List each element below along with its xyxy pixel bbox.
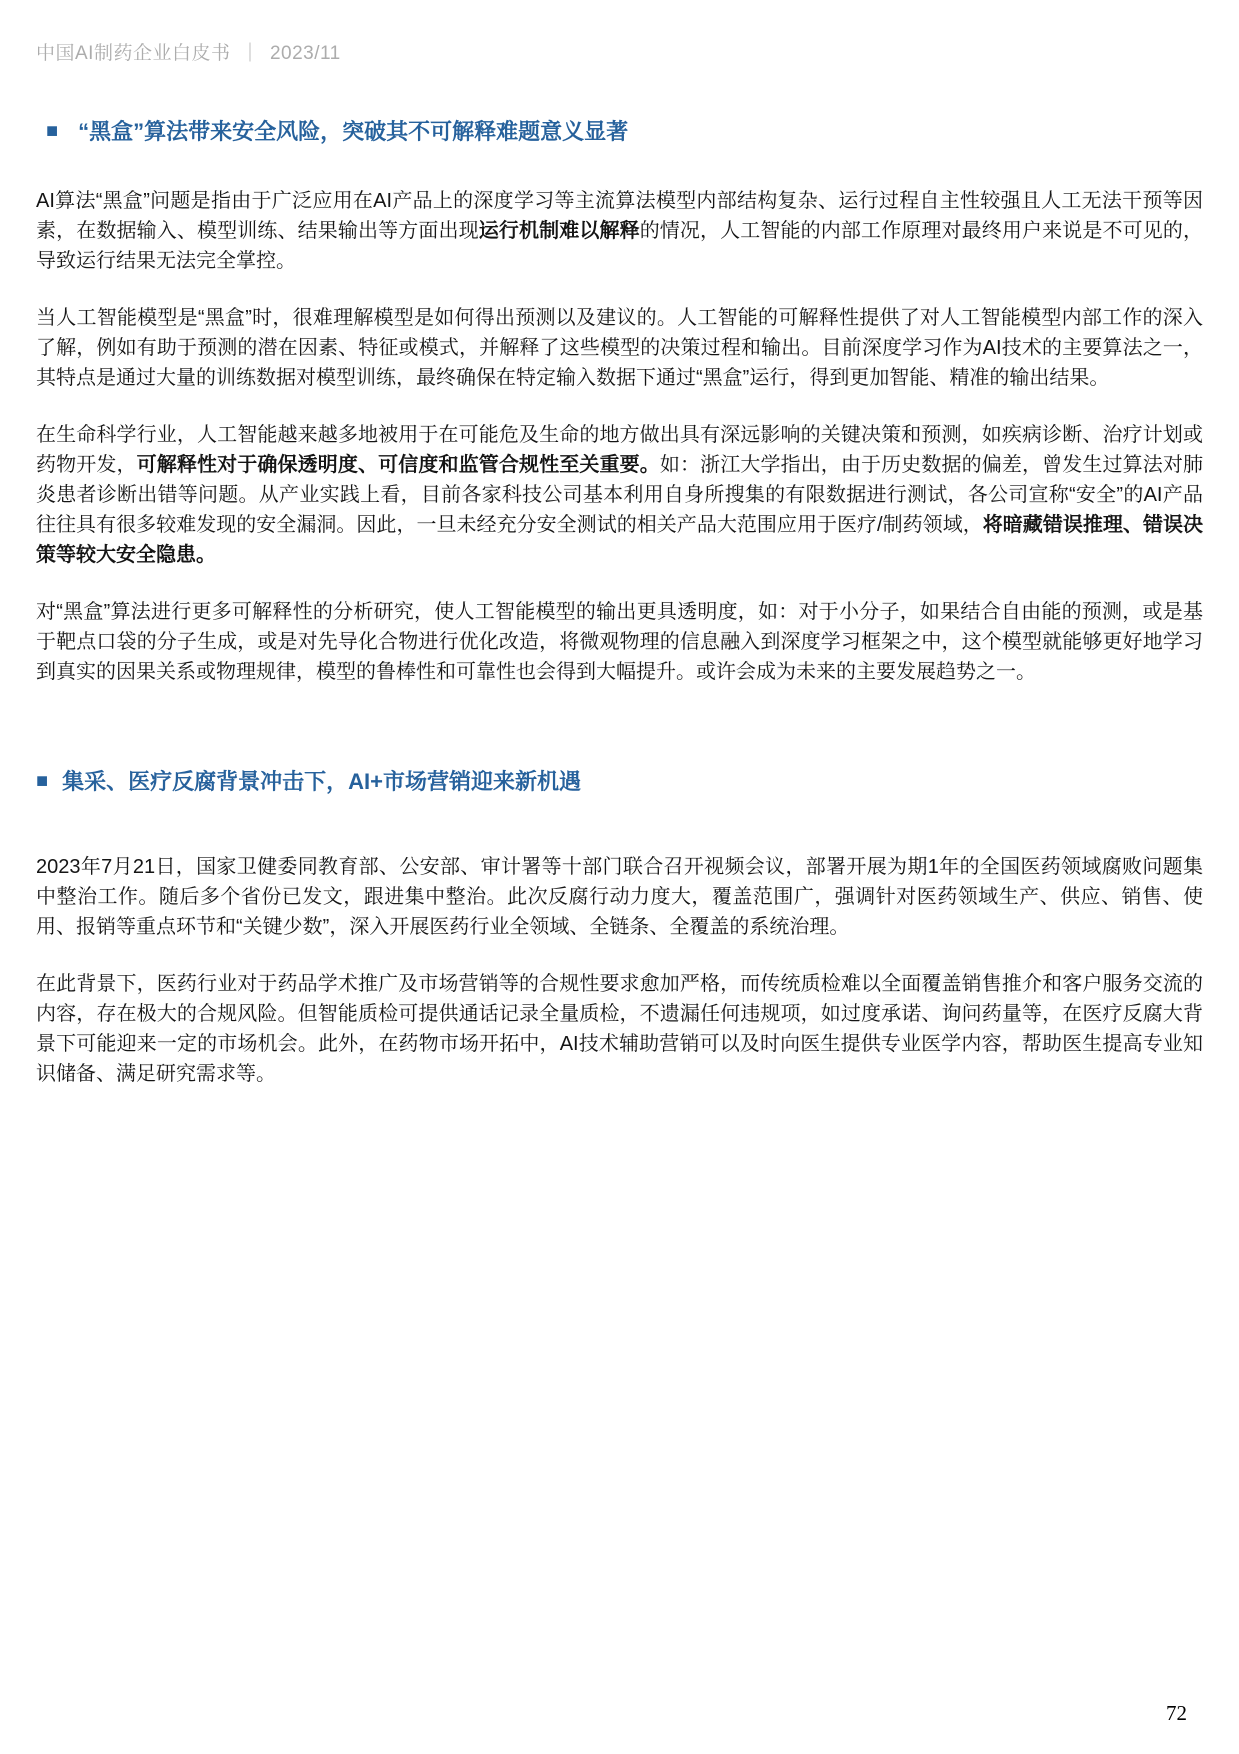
document-date: 2023/11 xyxy=(270,43,341,64)
paragraph-text: 在此背景下，医药行业对于药品学术推广及市场营销等的合规性要求愈加严格，而传统质检… xyxy=(36,973,1203,1085)
header-divider: ｜ xyxy=(240,43,260,64)
paragraph: 2023年7月21日，国家卫健委同教育部、公安部、审计署等十部门联合召开视频会议… xyxy=(36,852,1203,942)
paragraph-text: 当人工智能模型是“黑盒”时，很难理解模型是如何得出预测以及建议的。人工智能的可解… xyxy=(36,307,1203,389)
paragraph-text: 2023年7月21日，国家卫健委同教育部、公安部、审计署等十部门联合召开视频会议… xyxy=(36,856,1203,938)
page-number: 72 xyxy=(1166,1701,1187,1726)
section-heading: ■ “黑盒”算法带来安全风险，突破其不可解释难题意义显著 xyxy=(36,115,1203,146)
section-heading-text: 集采、医疗反腐背景冲击下，AI+市场营销迎来新机遇 xyxy=(62,765,581,796)
paragraph: 对“黑盒”算法进行更多可解释性的分析研究，使人工智能模型的输出更具透明度，如：对… xyxy=(36,597,1203,687)
section-paragraphs: AI算法“黑盒”问题是指由于广泛应用在AI产品上的深度学习等主流算法模型内部结构… xyxy=(36,186,1203,687)
document-title: 中国AI制药企业白皮书 xyxy=(36,43,230,64)
section-paragraphs: 2023年7月21日，国家卫健委同教育部、公安部、审计署等十部门联合召开视频会议… xyxy=(36,852,1203,1089)
paragraph-text-bold: 可解释性对于确保透明度、可信度和监管合规性至关重要。 xyxy=(137,454,660,476)
paragraph: AI算法“黑盒”问题是指由于广泛应用在AI产品上的深度学习等主流算法模型内部结构… xyxy=(36,186,1203,276)
bullet-square-icon: ■ xyxy=(36,771,48,791)
document-header: 中国AI制药企业白皮书｜2023/11 xyxy=(36,38,1203,65)
document-page: 中国AI制药企业白皮书｜2023/11 ■ “黑盒”算法带来安全风险，突破其不可… xyxy=(0,0,1239,1089)
section-ai-marketing-opportunity: ■ 集采、医疗反腐背景冲击下，AI+市场营销迎来新机遇 2023年7月21日，国… xyxy=(36,765,1203,1089)
paragraph-text: 对“黑盒”算法进行更多可解释性的分析研究，使人工智能模型的输出更具透明度，如：对… xyxy=(36,601,1203,683)
section-heading-text: “黑盒”算法带来安全风险，突破其不可解释难题意义显著 xyxy=(78,115,628,146)
bullet-square-icon: ■ xyxy=(46,121,58,141)
paragraph: 在生命科学行业，人工智能越来越多地被用于在可能危及生命的地方做出具有深远影响的关… xyxy=(36,420,1203,570)
paragraph: 在此背景下，医药行业对于药品学术推广及市场营销等的合规性要求愈加严格，而传统质检… xyxy=(36,969,1203,1089)
section-black-box-risk: ■ “黑盒”算法带来安全风险，突破其不可解释难题意义显著 AI算法“黑盒”问题是… xyxy=(36,115,1203,687)
paragraph-text-bold: 运行机制难以解释 xyxy=(479,220,640,242)
paragraph: 当人工智能模型是“黑盒”时，很难理解模型是如何得出预测以及建议的。人工智能的可解… xyxy=(36,303,1203,393)
section-heading: ■ 集采、医疗反腐背景冲击下，AI+市场营销迎来新机遇 xyxy=(36,765,1203,796)
